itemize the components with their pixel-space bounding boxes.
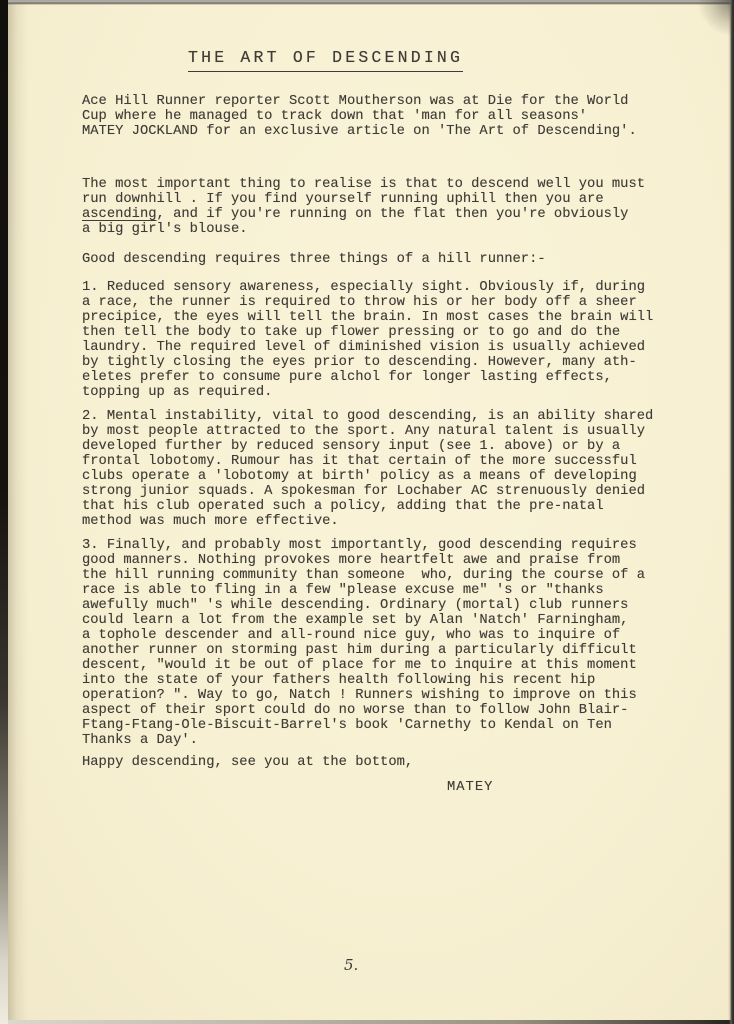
list-item-2-instability: 2. Mental instability, vital to good des…	[82, 409, 698, 529]
binding-edge	[0, 0, 8, 1024]
closing-line: Happy descending, see you at the bottom,	[82, 755, 698, 770]
page-number: 5.	[344, 956, 358, 974]
page-right-edge	[728, 0, 734, 1024]
list-item-3-manners: 3. Finally, and probably most importantl…	[82, 538, 698, 748]
page-top-edge	[0, 0, 734, 5]
paragraph-three-things: Good descending requires three things of…	[82, 252, 698, 267]
signature: MATEY	[447, 780, 698, 795]
article-body: THE ART OF DESCENDING Ace Hill Runner re…	[82, 48, 698, 795]
page-title: THE ART OF DESCENDING	[188, 48, 463, 72]
list-item-1-sensory: 1. Reduced sensory awareness, especially…	[82, 280, 698, 400]
binding-shadow	[8, 0, 28, 1024]
intro-paragraph: Ace Hill Runner reporter Scott Moutherso…	[82, 94, 698, 139]
scanned-document-page: THE ART OF DESCENDING Ace Hill Runner re…	[0, 0, 734, 1024]
paragraph-most-important: The most important thing to realise is t…	[82, 177, 698, 237]
page-bottom-edge	[0, 1020, 734, 1024]
